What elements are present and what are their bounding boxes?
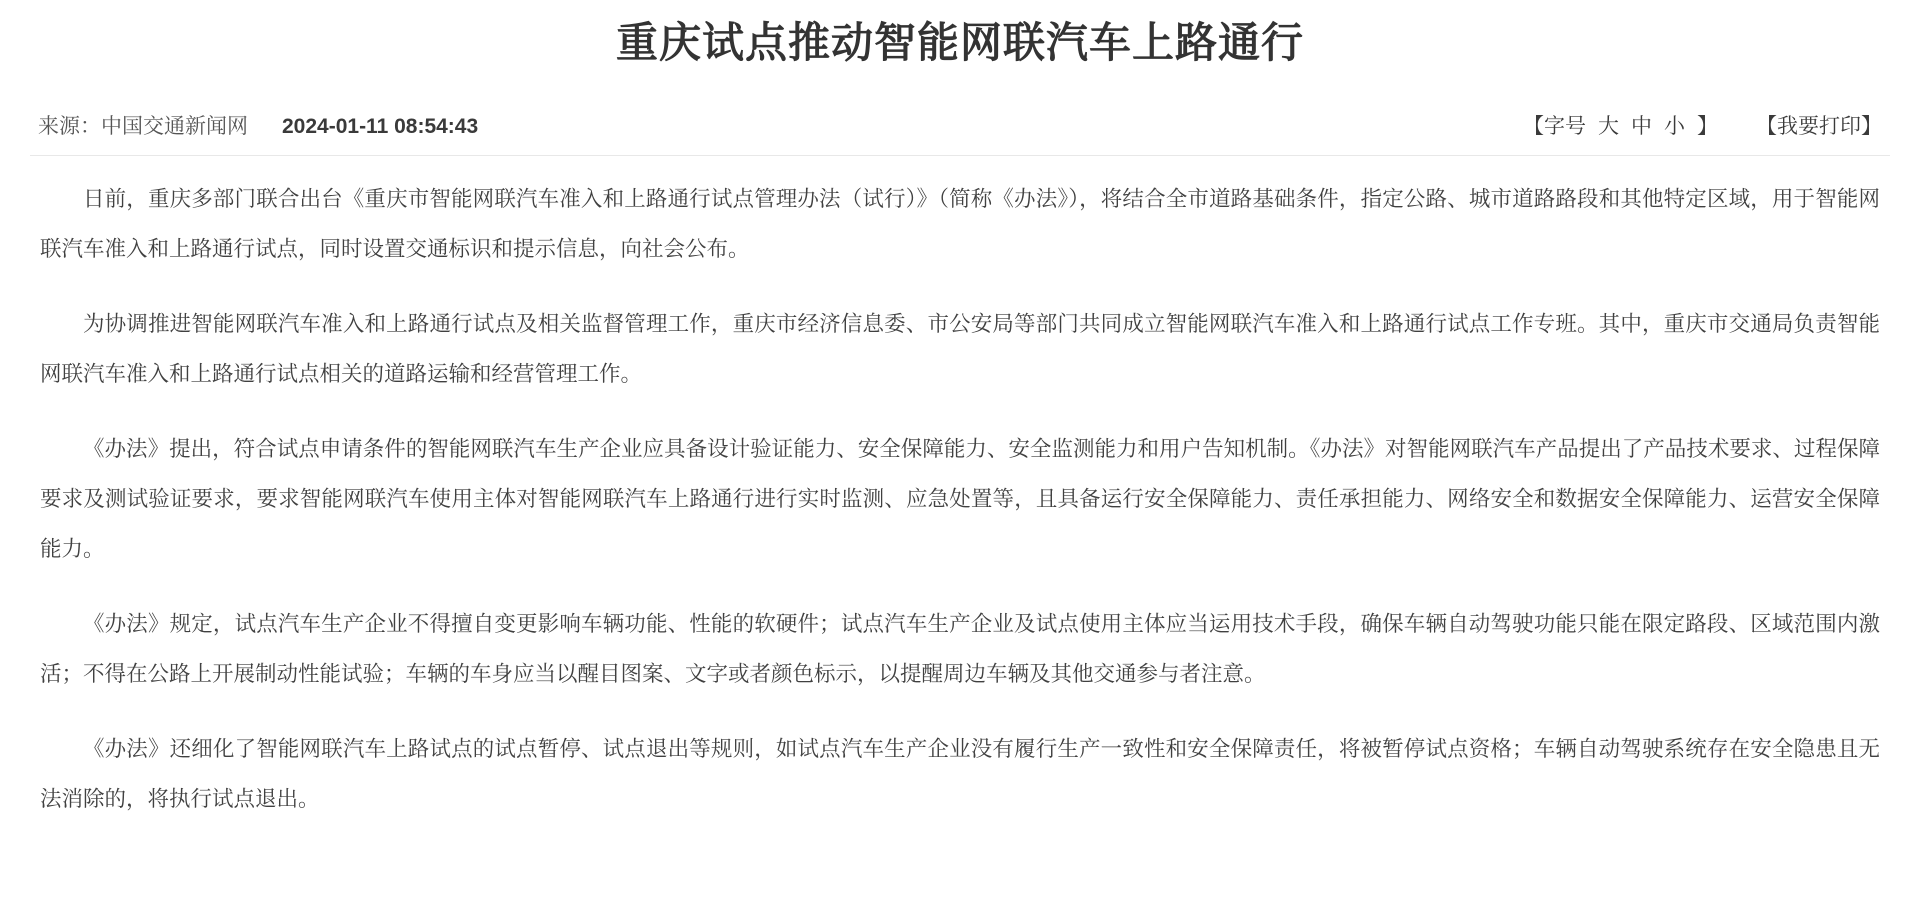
font-size-large-button[interactable]: 大 xyxy=(1598,110,1619,140)
article-meta-bar: 来源：中国交通新闻网 2024-01-11 08:54:43 【字号 大 中 小… xyxy=(30,110,1890,140)
source-label: 来源：中国交通新闻网 xyxy=(38,110,248,140)
font-size-medium-button[interactable]: 中 xyxy=(1631,110,1652,140)
font-size-bracket-close: 】 xyxy=(1697,110,1718,140)
article-page: 重庆试点推动智能网联汽车上路通行 来源：中国交通新闻网 2024-01-11 0… xyxy=(0,0,1920,907)
meta-left: 来源：中国交通新闻网 2024-01-11 08:54:43 xyxy=(38,110,478,140)
article-paragraph: 《办法》还细化了智能网联汽车上路试点的试点暂停、试点退出等规则，如试点汽车生产企… xyxy=(40,724,1880,824)
article-paragraph: 《办法》规定，试点汽车生产企业不得擅自变更影响车辆功能、性能的软硬件；试点汽车生… xyxy=(40,599,1880,699)
article-paragraph: 为协调推进智能网联汽车准入和上路通行试点及相关监督管理工作，重庆市经济信息委、市… xyxy=(40,299,1880,399)
font-size-widget: 【字号 大 中 小 】 xyxy=(1523,110,1718,140)
meta-right: 【字号 大 中 小 】 【我要打印】 xyxy=(1523,110,1882,140)
font-size-label: 【字号 xyxy=(1523,110,1586,140)
article-paragraph: 《办法》提出，符合试点申请条件的智能网联汽车生产企业应具备设计验证能力、安全保障… xyxy=(40,424,1880,574)
article-paragraph: 日前，重庆多部门联合出台《重庆市智能网联汽车准入和上路通行试点管理办法（试行）》… xyxy=(40,174,1880,274)
page-title: 重庆试点推动智能网联汽车上路通行 xyxy=(30,0,1890,72)
print-button[interactable]: 【我要打印】 xyxy=(1756,110,1882,140)
article-body: 日前，重庆多部门联合出台《重庆市智能网联汽车准入和上路通行试点管理办法（试行）》… xyxy=(30,156,1890,824)
publish-datetime: 2024-01-11 08:54:43 xyxy=(282,115,478,139)
font-size-small-button[interactable]: 小 xyxy=(1664,110,1685,140)
